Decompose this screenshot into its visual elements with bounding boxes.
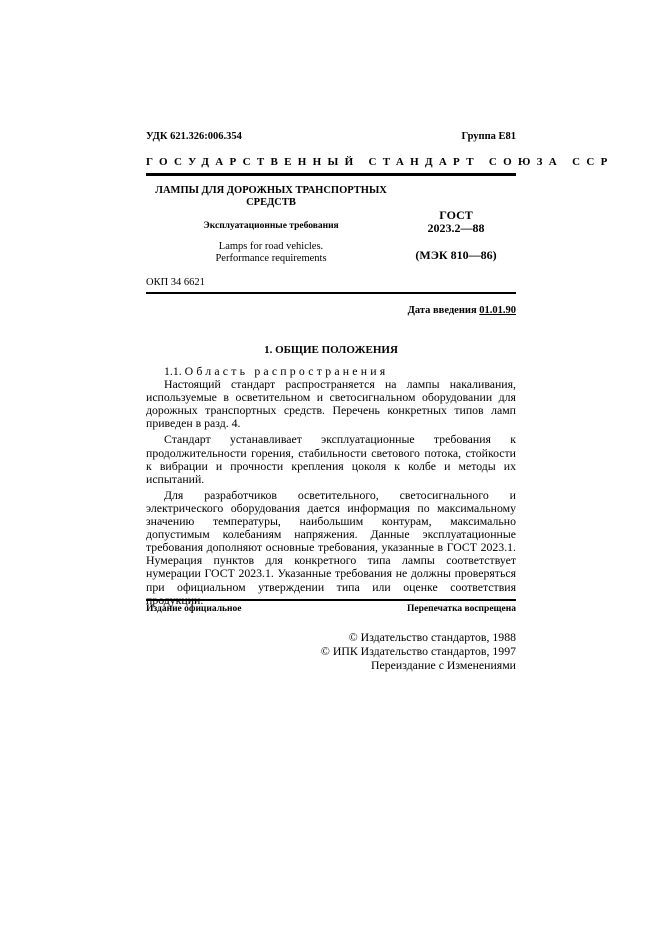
gost-number: 2023.2—88 bbox=[396, 222, 516, 235]
english-title-line-2: Performance requirements bbox=[146, 253, 396, 265]
gost-designation: ГОСТ 2023.2—88 bbox=[396, 209, 516, 235]
paragraph: Стандарт устанавливает эксплуатационные … bbox=[146, 433, 516, 485]
paragraph: Настоящий стандарт распространяется на л… bbox=[146, 378, 516, 430]
reprint-prohibited-label: Перепечатка воспрещена bbox=[407, 604, 516, 614]
section-heading: 1. ОБЩИЕ ПОЛОЖЕНИЯ bbox=[146, 344, 516, 356]
clause-title: Область распространения bbox=[185, 364, 389, 378]
paragraph: Для разработчиков осветительного, светос… bbox=[146, 489, 516, 607]
footer-rule bbox=[146, 599, 516, 601]
title-line-1: ЛАМПЫ ДЛЯ ДОРОЖНЫХ ТРАНСПОРТНЫХ bbox=[146, 185, 396, 197]
okp-rule bbox=[146, 292, 516, 294]
english-title-line-1: Lamps for road vehicles. bbox=[146, 241, 396, 253]
official-edition-label: Издание официальное bbox=[146, 604, 242, 614]
introduction-date-label: Дата введения bbox=[408, 305, 477, 316]
english-title: Lamps for road vehicles. Performance req… bbox=[146, 241, 396, 265]
section-body: 1.1. Область распространения Настоящий с… bbox=[146, 365, 516, 607]
introduction-date-value: 01.01.90 bbox=[479, 305, 516, 316]
okp-code: ОКП 34 6621 bbox=[146, 277, 205, 288]
copyright-block: © Издательство стандартов, 1988 © ИПК Из… bbox=[321, 630, 516, 672]
introduction-date: Дата введения 01.01.90 bbox=[408, 305, 516, 316]
document-title: ЛАМПЫ ДЛЯ ДОРОЖНЫХ ТРАНСПОРТНЫХ СРЕДСТВ bbox=[146, 185, 396, 209]
document-subtitle: Эксплуатационные требования bbox=[146, 221, 396, 231]
iec-reference: (МЭК 810—86) bbox=[396, 248, 516, 263]
clause-number: 1.1. bbox=[164, 364, 182, 378]
state-standard-heading: ГОСУДАРСТВЕННЫЙ СТАНДАРТ СОЮЗА ССР bbox=[146, 156, 516, 168]
copyright-line: © Издательство стандартов, 1988 bbox=[321, 630, 516, 644]
document-page: УДК 621.326:006.354 Группа Е81 ГОСУДАРСТ… bbox=[0, 0, 661, 936]
header-rule bbox=[146, 173, 516, 176]
copyright-line: © ИПК Издательство стандартов, 1997 bbox=[321, 644, 516, 658]
reissue-note: Переиздание с Изменениями bbox=[321, 658, 516, 672]
udk-code: УДК 621.326:006.354 bbox=[146, 131, 242, 142]
group-code: Группа Е81 bbox=[462, 131, 516, 142]
title-line-2: СРЕДСТВ bbox=[146, 197, 396, 209]
